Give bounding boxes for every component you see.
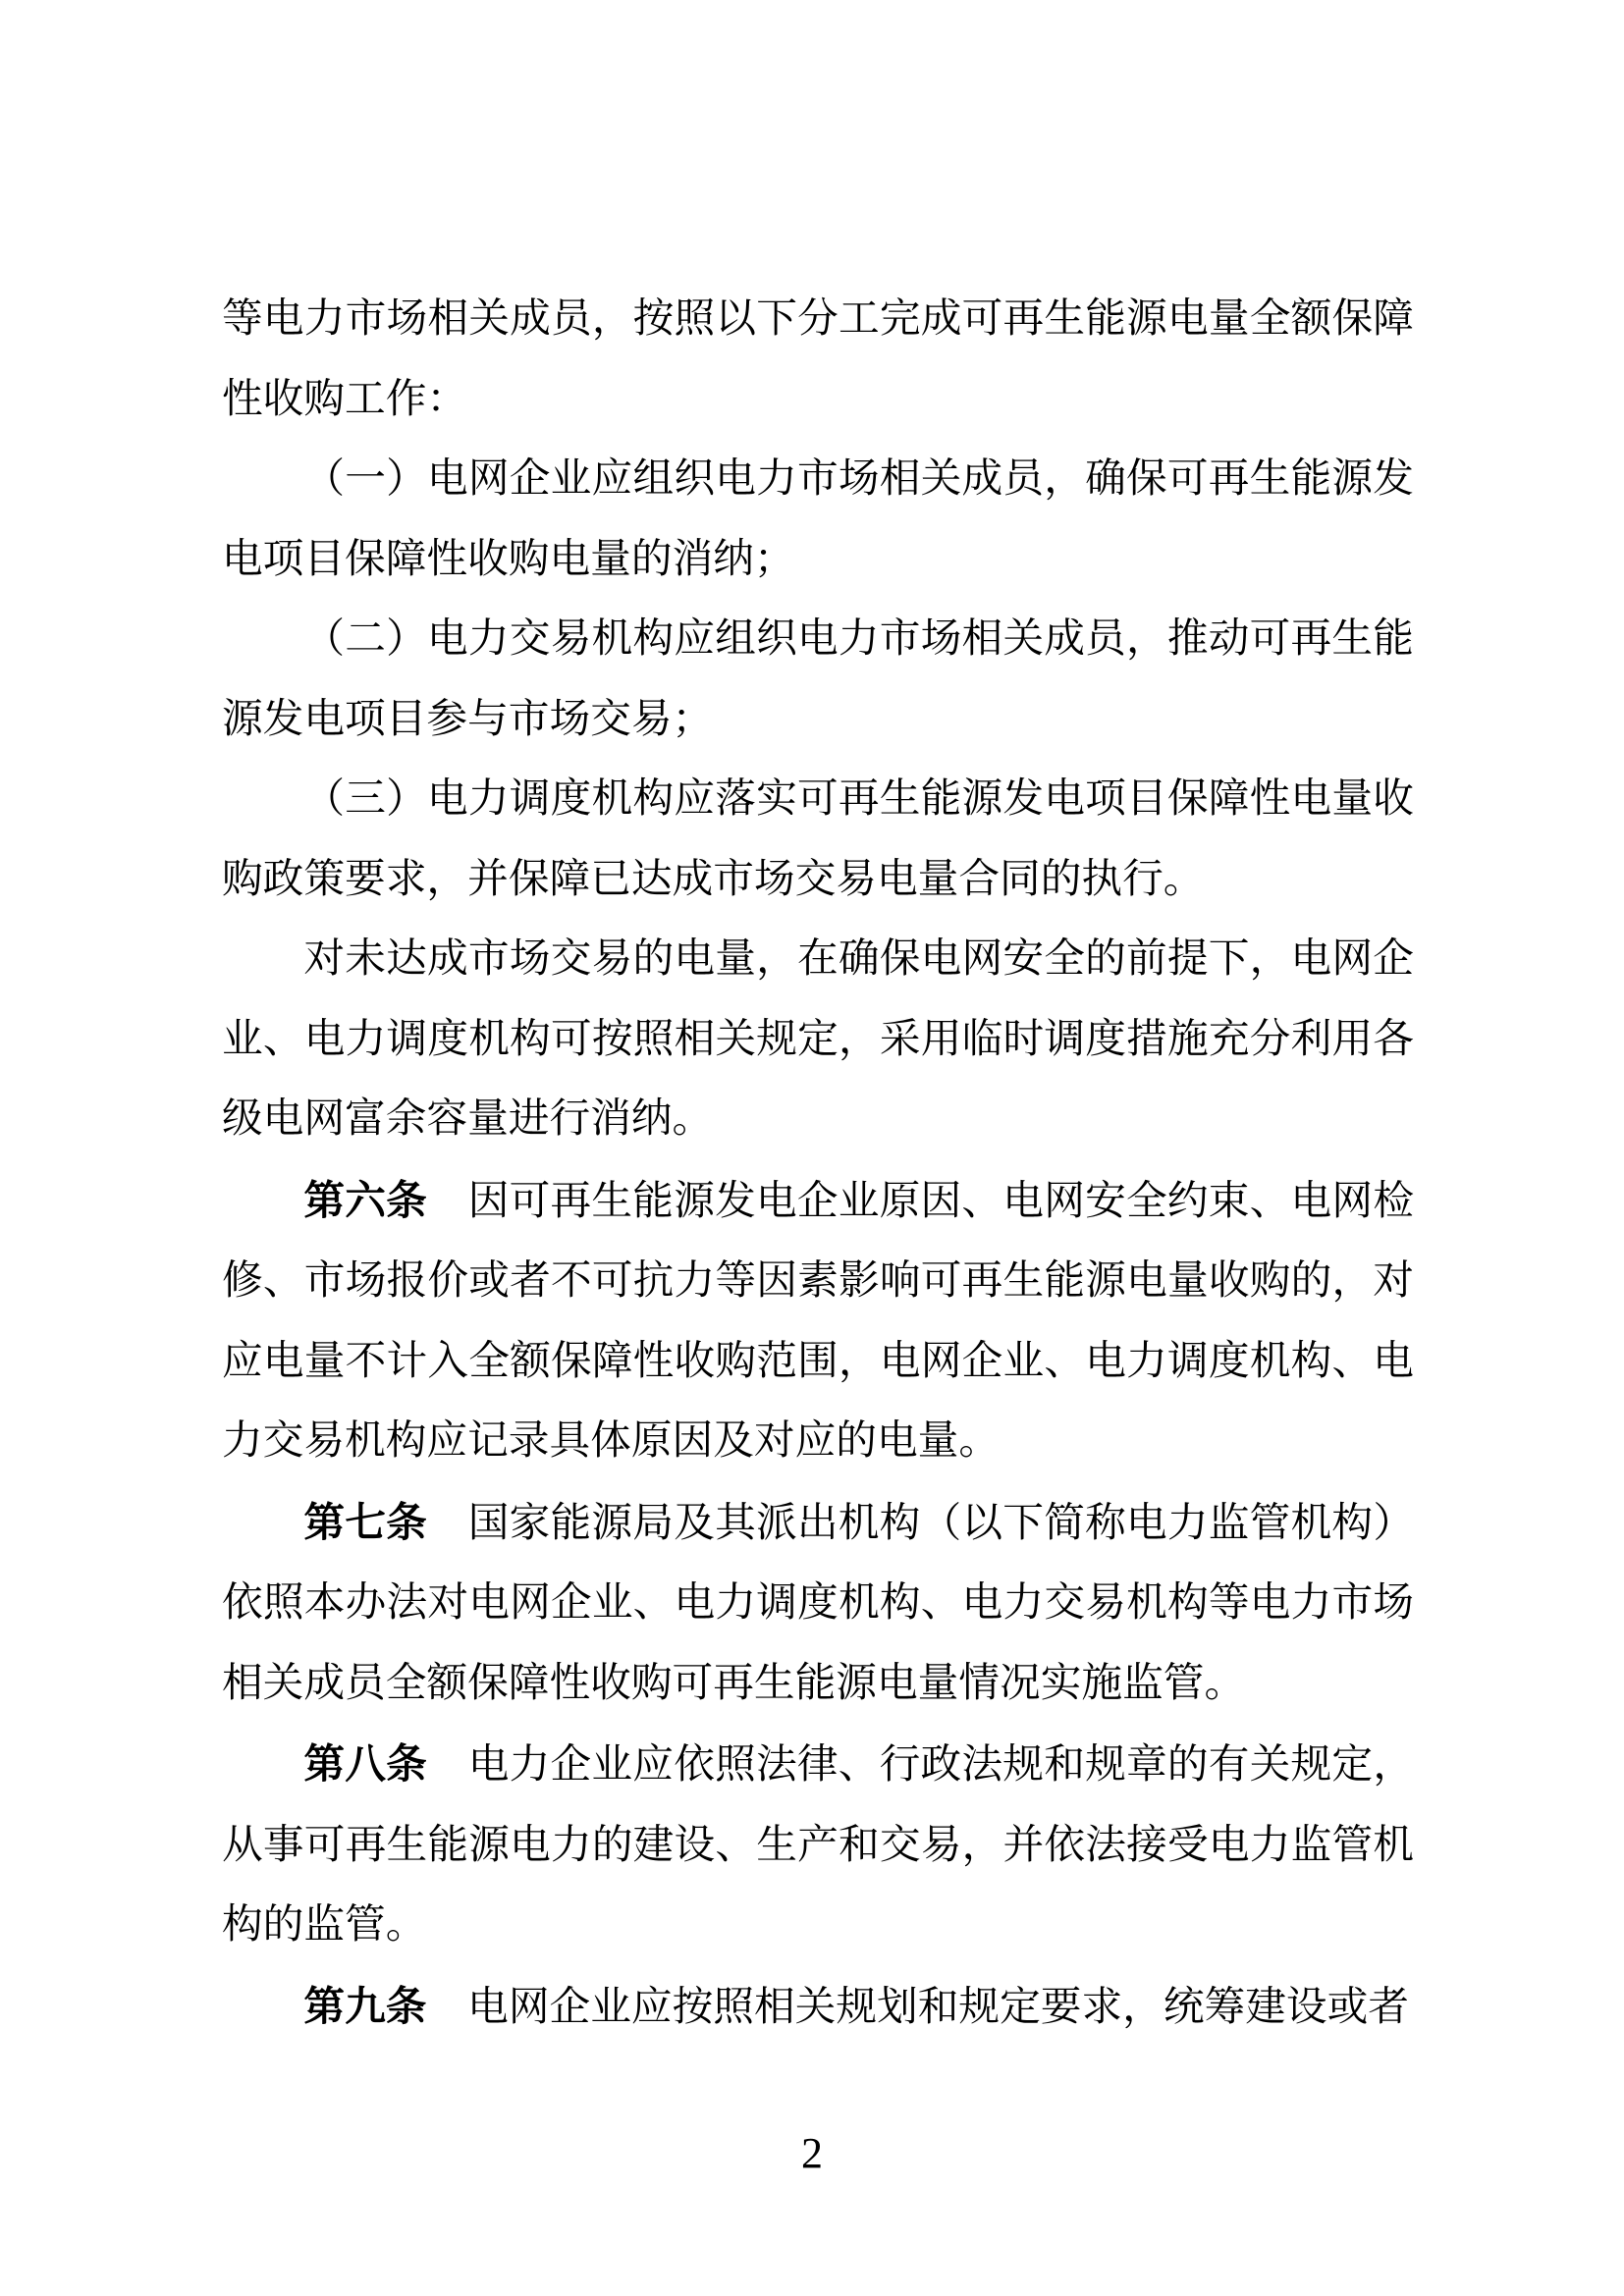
article-paragraph: 第六条因可再生能源发电企业原因、电网安全约束、电网检修、市场报价或者不可抗力等因…	[222, 1160, 1414, 1482]
paragraph-text: 对未达成市场交易的电量，在确保电网安全的前提下，电网企业、电力调度机构可按照相关…	[222, 936, 1414, 1142]
body-paragraph: 对未达成市场交易的电量，在确保电网安全的前提下，电网企业、电力调度机构可按照相关…	[222, 920, 1414, 1160]
page-number: 2	[0, 2132, 1624, 2175]
article-number-heading: 第九条	[303, 1983, 426, 2029]
body-paragraph: （三）电力调度机构应落实可再生能源发电项目保障性电量收购政策要求，并保障已达成市…	[222, 760, 1414, 920]
body-paragraph: 等电力市场相关成员，按照以下分工完成可再生能源电量全额保障性收购工作：	[222, 280, 1414, 440]
article-number-heading: 第八条	[303, 1740, 427, 1787]
paragraph-text: 等电力市场相关成员，按照以下分工完成可再生能源电量全额保障性收购工作：	[222, 296, 1414, 422]
article-paragraph: 第七条国家能源局及其派出机构（以下简称电力监管机构）依照本办法对电网企业、电力调…	[222, 1482, 1414, 1725]
article-paragraph: 第九条电网企业应按照相关规划和规定要求，统筹建设或者	[222, 1966, 1414, 2049]
article-paragraph: 第八条电力企业应依照法律、行政法规和规章的有关规定，从事可再生能源电力的建设、生…	[222, 1724, 1414, 1966]
document-page: 等电力市场相关成员，按照以下分工完成可再生能源电量全额保障性收购工作：（一）电网…	[0, 0, 1624, 2296]
article-number-heading: 第七条	[303, 1499, 427, 1545]
body-paragraph: （二）电力交易机构应组织电力市场相关成员，推动可再生能源发电项目参与市场交易；	[222, 600, 1414, 760]
paragraph-text: 电网企业应按照相关规划和规定要求，统筹建设或者	[467, 1985, 1409, 2030]
document-body: 等电力市场相关成员，按照以下分工完成可再生能源电量全额保障性收购工作：（一）电网…	[222, 280, 1414, 2048]
paragraph-text: （一）电网企业应组织电力市场相关成员，确保可再生能源发电项目保障性收购电量的消纳…	[222, 456, 1414, 582]
paragraph-text: （三）电力调度机构应落实可再生能源发电项目保障性电量收购政策要求，并保障已达成市…	[222, 776, 1414, 902]
article-number-heading: 第六条	[303, 1177, 427, 1223]
paragraph-text: （二）电力交易机构应组织电力市场相关成员，推动可再生能源发电项目参与市场交易；	[222, 616, 1414, 742]
body-paragraph: （一）电网企业应组织电力市场相关成员，确保可再生能源发电项目保障性收购电量的消纳…	[222, 440, 1414, 600]
